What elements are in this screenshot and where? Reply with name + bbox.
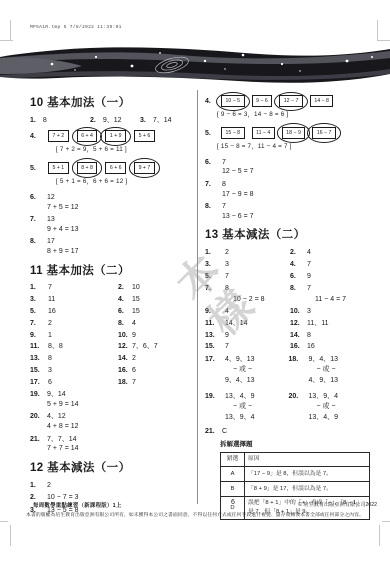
item-number: 7. <box>205 181 222 199</box>
answer-box: 1 + 9 <box>105 130 126 142</box>
column-divider <box>197 90 198 504</box>
item-answer: 7 <box>225 343 290 351</box>
item-answer: 7 <box>307 261 372 269</box>
answer-box: 6 + 4 <box>77 130 98 142</box>
item-number: 5. <box>30 308 48 316</box>
item-number: 21. <box>205 428 222 436</box>
item-number: 13. <box>205 332 225 340</box>
footer-copyright: © 培生教育出版亞洲有限公司2022 <box>298 501 377 508</box>
answer-box: 10 − 5 <box>221 95 245 107</box>
item-number: 8. <box>290 285 307 293</box>
question-20: 20. 13、9、4− 或 −13、4、9 <box>289 393 373 425</box>
mc-analysis-label: 拆解選擇題 <box>220 441 372 449</box>
question-8: 8. 713 − 6 = 7 <box>205 203 372 221</box>
item-answer: 4、9、13 <box>309 377 339 385</box>
item-answer: 8 <box>43 117 47 125</box>
item-answer: 7 <box>222 159 254 167</box>
item-number: 1. <box>205 249 225 257</box>
workbook-answer-page: { "print_meta": "MP5A1R.tmp 5 7/8/2022 1… <box>0 0 390 571</box>
expression: 12 − 7 <box>279 95 303 107</box>
item-number: 17. <box>30 379 48 387</box>
item-number: 4. <box>30 130 46 141</box>
item-number: 7. <box>30 216 47 234</box>
column-header: 錯選 <box>221 452 245 467</box>
item-number: 5. <box>205 273 225 281</box>
expression: 5 + 1 <box>48 162 69 174</box>
column-header: 原因 <box>245 452 370 467</box>
item-number: 1. <box>30 284 48 292</box>
item-answer: 2 <box>48 320 118 328</box>
item-answer: 13 <box>47 216 79 224</box>
item-answer: 8 <box>225 285 290 293</box>
item-answer: 15 <box>132 296 193 304</box>
item-number: 14. <box>290 332 307 340</box>
crop-mark <box>0 40 13 41</box>
item-answer: 8 <box>222 181 254 189</box>
section-13-title: 13 基本減法（二） <box>205 229 372 243</box>
item-number: 2. <box>290 249 307 257</box>
footer-book-title: 每周數學重點練習（新課程版）1上 <box>33 501 122 509</box>
item-answer: 3 <box>48 367 118 375</box>
or-separator: − 或 − <box>317 366 339 374</box>
answer-box: 12 − 7 <box>279 95 303 107</box>
item-answer: 16 <box>307 343 372 351</box>
item-number: 12. <box>290 320 307 328</box>
item-number: 20. <box>30 413 47 431</box>
item-number: 3. <box>30 296 48 304</box>
item-number: 9. <box>205 308 225 316</box>
item-answer: 11、11 <box>307 320 372 328</box>
item-answer: 13、4、9 <box>225 393 255 401</box>
item-answer: 7 <box>307 285 372 293</box>
item-number: 3. <box>205 261 225 269</box>
crop-mark <box>377 40 390 41</box>
expression: 16 − 7 <box>312 127 336 139</box>
item-answer: 12 <box>47 194 79 202</box>
crop-mark <box>10 20 11 41</box>
item-answer: 8 <box>48 355 118 363</box>
expression: 9 + 7 <box>134 162 155 174</box>
answer-box: 18 − 9 <box>282 127 306 139</box>
item-number: 4. <box>118 296 132 304</box>
question-21: 21.C <box>205 428 372 436</box>
question-7: 7. 139 + 4 = 13 <box>30 216 193 234</box>
expression: 18 − 9 <box>282 127 306 139</box>
item-answer: 13、9、4 <box>309 393 339 401</box>
item-number: 2. <box>118 284 132 292</box>
expression: 15 − 8 <box>221 127 245 139</box>
item-answer: 17 <box>47 238 79 246</box>
item-answer: 9 <box>225 332 290 340</box>
item-number: 13. <box>30 355 48 363</box>
section-10-title: 10 基本加法（一） <box>30 97 193 111</box>
expression: 8 + 8 <box>77 162 98 174</box>
item-answer: 7、7、14 <box>47 436 79 444</box>
copyright-notice: 本書的版權為培生教育出版亞洲有限公司所有，如未獲得本公司之書面同意，不得以任何方… <box>0 511 390 518</box>
crop-mark <box>377 20 378 41</box>
item-number: 10. <box>118 332 132 340</box>
item-number: 11. <box>30 343 48 351</box>
left-column: 10 基本加法（一） 1.8 2.9、12 3.7、14 4. 7 + 2 6 … <box>30 97 193 519</box>
item-answer: 3 <box>307 308 372 316</box>
table-row: B 「8 + 9」是 17，但誤以為是 7。 <box>221 482 370 497</box>
crop-mark <box>382 521 390 522</box>
working-note: [ 9 − 6 = 3，14 − 8 = 6 ] <box>217 111 372 119</box>
answer-box: 8 + 8 <box>77 162 98 174</box>
answers-row-1-3: 1.8 2.9、12 3.7、14 <box>30 117 193 125</box>
item-answer: 9、14 <box>47 391 79 399</box>
question-6: 6. 127 + 5 = 12 <box>30 194 193 212</box>
item-number: 6. <box>290 273 307 281</box>
section-11-title: 11 基本加法（二） <box>30 265 193 279</box>
item-number: 16. <box>290 343 307 351</box>
answer-box: 5 + 6 <box>134 130 155 142</box>
answer-grid: 1.72.10 3.114.15 5.166.15 7.28.4 9.110.9… <box>30 284 193 387</box>
item-number: 1. <box>30 482 47 490</box>
item-answer: 4 <box>132 320 193 328</box>
item-number: 7. <box>205 285 225 293</box>
space-banner-art <box>0 44 390 86</box>
answer-box: 15 − 8 <box>221 127 245 139</box>
expression: 14 − 8 <box>310 95 334 107</box>
question-6: 6. 712 − 5 = 7 <box>205 159 372 177</box>
item-number: 12. <box>118 343 132 351</box>
item-number: 9. <box>30 332 48 340</box>
item-answer: 7 <box>48 284 118 292</box>
item-answer: 2 <box>132 355 193 363</box>
item-number: 8. <box>118 320 132 328</box>
mc-analysis-table: 錯選 原因 A 「17 − 9」是 8，但誤以為是 7。 B 「8 + 9」是 … <box>220 452 370 520</box>
item-number: 11. <box>205 320 225 328</box>
item-working: 11 − 4 = 7 <box>315 296 372 304</box>
table-row: A 「17 − 9」是 8，但誤以為是 7。 <box>221 467 370 482</box>
item-answer: 4、12 <box>47 413 79 421</box>
expression: 9 − 6 <box>252 95 273 107</box>
question-19: 19. 9、145 + 9 = 14 <box>30 391 193 409</box>
item-answer: 9 <box>132 332 193 340</box>
item-working: 9 + 4 = 13 <box>47 226 79 234</box>
item-number: 19. <box>205 393 225 425</box>
answer-box: 6 + 6 <box>105 162 126 174</box>
item-answer: 11 <box>48 296 118 304</box>
item-number: 15. <box>205 343 225 351</box>
answer-box: 16 − 7 <box>312 127 336 139</box>
question-19: 19. 13、4、9− 或 −13、9、4 <box>205 393 289 425</box>
expression: 7 + 2 <box>48 130 69 142</box>
question-7: 7. 817 − 9 = 8 <box>205 181 372 199</box>
item-answer: 1 <box>48 332 118 340</box>
page-number: 6 <box>231 499 235 506</box>
right-column: 4. 10 − 5 9 − 6 12 − 7 14 − 8 [ 9 − 6 = … <box>205 93 372 520</box>
expression: 10 − 5 <box>221 95 245 107</box>
item-answer: 2 <box>225 249 290 257</box>
item-number: 6. <box>118 308 132 316</box>
item-answer: 3 <box>225 261 290 269</box>
item-answer: 7 <box>222 203 254 211</box>
expression: 11 − 4 <box>252 127 275 139</box>
reason: 「17 − 9」是 8，但誤以為是 7。 <box>245 467 370 482</box>
expression: 1 + 9 <box>105 130 126 142</box>
crop-mark <box>379 525 380 546</box>
item-answer: 13、4、9 <box>309 414 339 422</box>
item-answer: 7 <box>225 273 290 281</box>
item-answer: C <box>222 428 227 436</box>
question-1: 1.2 <box>30 482 193 490</box>
item-number: 15. <box>30 367 48 375</box>
item-answer: 6 <box>132 367 193 375</box>
item-working: 13 − 6 = 7 <box>222 213 254 221</box>
expression: 5 + 6 <box>134 130 155 142</box>
answer-box: 9 + 7 <box>134 162 155 174</box>
item-number: 7. <box>30 320 48 328</box>
question-21: 21. 7、7、147 + 7 = 14 <box>30 436 193 454</box>
item-number: 8. <box>205 203 222 221</box>
crop-mark <box>10 525 11 546</box>
working-note: [ 15 − 8 = 7，11 − 4 = 7 ] <box>217 143 372 151</box>
question-5: 5. 5 + 1 8 + 8 6 + 6 9 + 7 <box>30 162 193 174</box>
item-number: 18. <box>118 379 132 387</box>
item-number: 10. <box>290 308 307 316</box>
question-4: 4. 7 + 2 6 + 4 1 + 9 5 + 6 <box>30 130 193 142</box>
wrong-choice: B <box>221 482 245 497</box>
item-answer: 13、9、4 <box>225 414 255 422</box>
item-answer: 8 <box>307 332 372 340</box>
item-answer: 7、14 <box>153 117 172 125</box>
or-separator: − 或 − <box>317 403 339 411</box>
item-answer: 4、9、13 <box>225 356 255 364</box>
reason: 「8 + 9」是 17，但誤以為是 7。 <box>245 482 370 497</box>
answer-box: 14 − 8 <box>310 95 334 107</box>
working-note: [ 7 + 2 = 9，5 + 6 = 11 ] <box>56 146 193 154</box>
item-number: 17. <box>205 356 225 388</box>
answer-box: 5 + 1 <box>48 162 69 174</box>
item-answer: 8、8 <box>48 343 118 351</box>
item-answer: 7、6、7 <box>132 343 193 351</box>
item-working: 12 − 5 = 7 <box>222 168 254 176</box>
item-number: 5. <box>30 162 46 173</box>
item-answer: 15 <box>132 308 193 316</box>
item-number: 6. <box>205 159 222 177</box>
item-answer: 9、4、13 <box>309 356 339 364</box>
item-number: 18. <box>289 356 309 388</box>
wrong-choice: A <box>221 467 245 482</box>
question-8: 8. 178 + 9 = 17 <box>30 238 193 256</box>
item-working: 7 + 7 = 14 <box>47 445 79 453</box>
or-answers-grid: 17. 4、9、13− 或 −9、4、13 18. 9、4、13− 或 −4、9… <box>205 356 372 424</box>
item-answer: 9、12 <box>103 117 122 125</box>
question-4: 4. 10 − 5 9 − 6 12 − 7 14 − 8 <box>205 95 372 107</box>
item-number: 14. <box>118 355 132 363</box>
item-number: 3. <box>140 117 146 125</box>
item-answer: 9 <box>307 273 372 281</box>
working-note: [ 5 + 1 = 6，6 + 6 = 12 ] <box>56 178 193 186</box>
item-number: 16. <box>118 367 132 375</box>
question-20: 20. 4、124 + 8 = 12 <box>30 413 193 431</box>
item-answer: 6 <box>48 379 118 387</box>
question-17: 17. 4、9、13− 或 −9、4、13 <box>205 356 289 388</box>
answer-box: 9 − 6 <box>252 95 273 107</box>
answer-grid: 1.22.4 3.34.7 5.76.9 7.88.7 10 − 2 = 811… <box>205 249 372 352</box>
item-answer: 16 <box>48 308 118 316</box>
item-working: 17 − 9 = 8 <box>222 191 254 199</box>
item-number: 4. <box>290 261 307 269</box>
answer-box: 7 + 2 <box>48 130 69 142</box>
answer-box: 11 − 4 <box>252 127 275 139</box>
question-5: 5. 15 − 8 11 − 4 18 − 9 16 − 7 <box>205 127 372 139</box>
item-number: 1. <box>30 117 36 125</box>
item-number: 19. <box>30 391 47 409</box>
item-answer: 10 <box>132 284 193 292</box>
item-answer: 7 <box>132 379 193 387</box>
or-separator: − 或 − <box>233 366 255 374</box>
item-answer: 4 <box>225 308 290 316</box>
item-answer: 9、4、13 <box>225 377 255 385</box>
item-working: 7 + 5 = 12 <box>47 204 79 212</box>
item-answer: 4 <box>307 249 372 257</box>
expression: 6 + 4 <box>77 130 98 142</box>
question-18: 18. 9、4、13− 或 −4、9、13 <box>289 356 373 388</box>
print-slug: MP5A1R.tmp 5 7/8/2022 11:39:01 <box>30 25 122 30</box>
expression: 6 + 6 <box>105 162 126 174</box>
crop-mark <box>0 521 8 522</box>
section-12-title: 12 基本減法（一） <box>30 462 193 476</box>
item-number: 20. <box>289 393 309 425</box>
item-answer: 2 <box>47 482 51 490</box>
item-working: 4 + 8 = 12 <box>47 423 79 431</box>
table-header-row: 錯選 原因 <box>221 452 370 467</box>
item-number: 8. <box>30 238 47 256</box>
item-number: 21. <box>30 436 47 454</box>
item-working: 10 − 2 = 8 <box>233 296 290 304</box>
item-answer: 14、14 <box>225 320 290 328</box>
item-number: 2. <box>90 117 96 125</box>
item-working: 5 + 9 = 14 <box>47 401 79 409</box>
item-number: 5. <box>205 127 221 138</box>
or-separator: − 或 − <box>233 403 255 411</box>
item-number: 6. <box>30 194 47 212</box>
item-working: 8 + 9 = 17 <box>47 248 79 256</box>
